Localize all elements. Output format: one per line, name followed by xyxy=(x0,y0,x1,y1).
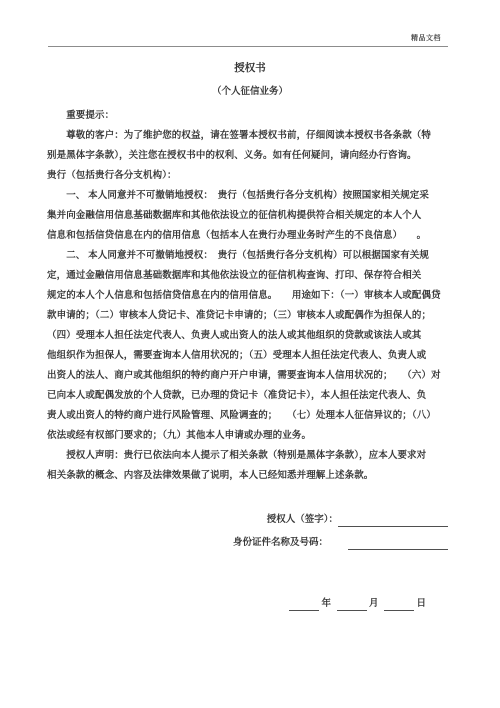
signer-signature-blank xyxy=(338,514,448,527)
body-line: 款申请的；（二）审核本人贷记卡、准贷记卡申请的；（三）审核本人或配偶作为担保人的… xyxy=(47,306,457,326)
id-document-row: 身份证件名称及号码： xyxy=(233,536,448,550)
day-blank xyxy=(384,598,414,611)
signer-label: 授权人（签字）： xyxy=(267,513,338,527)
body-line: 二、 本人同意并不可撤销地授权： 贵行（包括贵行各分支机构）可以根据国家有关规 xyxy=(47,246,457,266)
document-title: 授权书 xyxy=(47,62,453,75)
body-line: 集并向金融信用信息基础数据库和其他依法设立的征信机构提供符合相关规定的本人个人 xyxy=(47,206,457,226)
body-line: （四）受理本人担任法定代表人、负责人或出资人的法人或其他组织的贷款或该法人或其 xyxy=(47,326,457,346)
header-divider xyxy=(48,46,448,47)
body-line: 一、 本人同意并不可撤销地授权： 贵行（包括贵行各分支机构）按照国家相关规定采 xyxy=(47,186,457,206)
body-line: 责人或出资人的特约商户进行风险管理、风险调查的； （七）处理本人征信异议的；（八… xyxy=(47,406,457,426)
watermark-label: 精品文档 xyxy=(411,33,441,43)
body-line: 他组织作为担保人，需要查询本人信用状况的；（五）受理本人担任法定代表人、负责人或 xyxy=(47,346,457,366)
body-line: 重要提示： xyxy=(47,106,457,126)
day-label: 日 xyxy=(416,597,426,611)
month-label: 月 xyxy=(369,597,379,611)
body-line: 授权人声明：贵行已依法向本人提示了相关条款（特别是黑体字条款），应本人要求对 xyxy=(47,446,457,466)
body-line: 信息和包括信贷信息在内的信用信息（包括本人在贵行办理业务时产生的不良信息） 。 xyxy=(47,226,457,246)
document-body: 重要提示： 尊敬的客户：为了维护您的权益，请在签署本授权书前，仔细阅读本授权书各… xyxy=(47,106,457,486)
year-blank xyxy=(289,598,319,611)
body-line: 贵行（包括贵行各分支机构）： xyxy=(47,166,457,186)
year-label: 年 xyxy=(321,597,331,611)
signer-signature-row: 授权人（签字）： xyxy=(267,513,448,527)
body-line: 规定的本人个人信息和包括信贷信息在内的信用信息。 用途如下：（一）审核本人或配偶… xyxy=(47,286,457,306)
document-subtitle: （个人征信业务） xyxy=(47,85,453,98)
id-document-label: 身份证件名称及号码： xyxy=(233,536,328,550)
month-blank xyxy=(337,598,367,611)
document-page: 精品文档 授权书 （个人征信业务） 重要提示： 尊敬的客户：为了维护您的权益，请… xyxy=(0,0,500,708)
body-line: 尊敬的客户：为了维护您的权益，请在签署本授权书前，仔细阅读本授权书各条款（特 xyxy=(47,126,457,146)
body-line: 出资人的法人、商户或其他组织的特约商户开户申请，需要查询本人信用状况的； （六）… xyxy=(47,366,457,386)
body-line: 依法或经有权部门要求的；（九）其他本人申请或办理的业务。 xyxy=(47,426,457,446)
date-row: 年 月 日 xyxy=(289,597,426,611)
body-line: 已向本人或配偶发放的个人贷款，已办理的贷记卡（准贷记卡），本人担任法定代表人、负 xyxy=(47,386,457,406)
body-line: 定，通过金融信用信息基础数据库和其他依法设立的征信机构查询、打印、保存符合相关 xyxy=(47,266,457,286)
body-line: 别是黑体字条款），关注您在授权书中的权利、义务。如有任何疑问，请向经办行咨询。 xyxy=(47,146,457,166)
id-document-blank xyxy=(348,537,448,550)
body-line: 相关条款的概念、内容及法律效果做了说明，本人已经知悉并理解上述条款。 xyxy=(47,466,457,486)
